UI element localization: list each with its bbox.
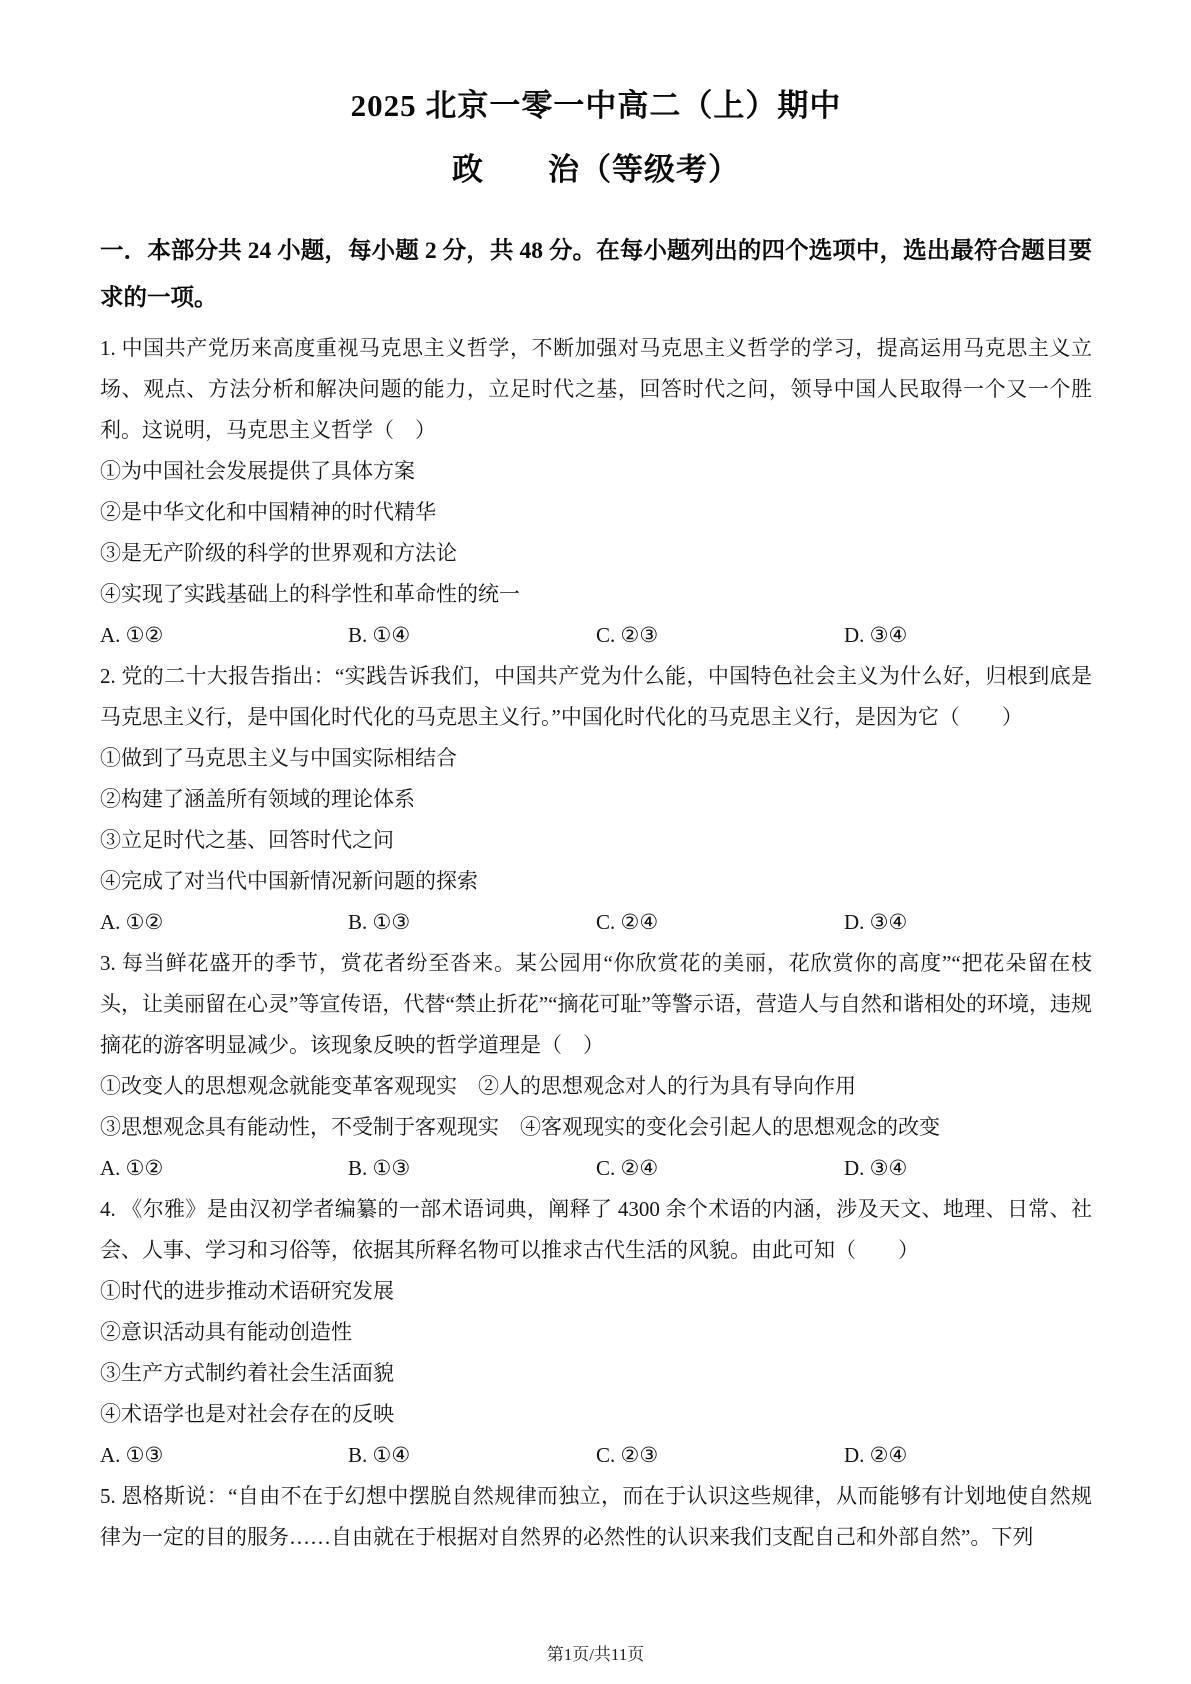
question-4-choice-d: D. ②④ <box>844 1435 1092 1476</box>
question-2-choice-d: D. ③④ <box>844 902 1092 943</box>
question-3-choice-b: B. ①③ <box>348 1148 596 1189</box>
question-1-choice-row: A. ①② B. ①④ C. ②③ D. ③④ <box>100 615 1092 656</box>
question-1-choice-a: A. ①② <box>100 615 348 656</box>
question-4-choice-row: A. ①③ B. ①④ C. ②③ D. ②④ <box>100 1435 1092 1476</box>
question-3-choice-c: C. ②④ <box>596 1148 844 1189</box>
question-2-option-4: ④完成了对当代中国新情况新问题的探索 <box>100 861 1092 902</box>
exam-subject-title: 政 治（等级考） <box>100 150 1092 190</box>
question-4-option-1: ①时代的进步推动术语研究发展 <box>100 1271 1092 1312</box>
question-3-stem: 3. 每当鲜花盛开的季节，赏花者纷至沓来。某公园用“你欣赏花的美丽，花欣赏你的高… <box>100 943 1092 1066</box>
page-title: 2025 北京一零一中高二（上）期中 <box>100 86 1092 126</box>
question-1-choice-c: C. ②③ <box>596 615 844 656</box>
question-4-stem: 4. 《尔雅》是由汉初学者编纂的一部术语词典，阐释了 4300 余个术语的内涵，… <box>100 1189 1092 1271</box>
question-2-option-1: ①做到了马克思主义与中国实际相结合 <box>100 738 1092 779</box>
exam-page: 2025 北京一零一中高二（上）期中 政 治（等级考） 一．本部分共 24 小题… <box>0 0 1191 1684</box>
question-1-option-1: ①为中国社会发展提供了具体方案 <box>100 451 1092 492</box>
question-2-option-3: ③立足时代之基、回答时代之问 <box>100 820 1092 861</box>
question-4-choice-b: B. ①④ <box>348 1435 596 1476</box>
question-2-choice-row: A. ①② B. ①③ C. ②④ D. ③④ <box>100 902 1092 943</box>
question-1-stem: 1. 中国共产党历来高度重视马克思主义哲学，不断加强对马克思主义哲学的学习，提高… <box>100 328 1092 451</box>
question-2-choice-b: B. ①③ <box>348 902 596 943</box>
question-5: 5. 恩格斯说：“自由不在于幻想中摆脱自然规律而独立，而在于认识这些规律，从而能… <box>100 1476 1092 1558</box>
question-3-choice-a: A. ①② <box>100 1148 348 1189</box>
question-4-choice-c: C. ②③ <box>596 1435 844 1476</box>
question-1: 1. 中国共产党历来高度重视马克思主义哲学，不断加强对马克思主义哲学的学习，提高… <box>100 328 1092 656</box>
question-4-option-4: ④术语学也是对社会存在的反映 <box>100 1394 1092 1435</box>
question-3-choice-row: A. ①② B. ①③ C. ②④ D. ③④ <box>100 1148 1092 1189</box>
section-instructions: 一．本部分共 24 小题，每小题 2 分，共 48 分。在每小题列出的四个选项中… <box>100 228 1092 322</box>
question-4-option-2: ②意识活动具有能动创造性 <box>100 1312 1092 1353</box>
question-3-option-line-1: ①改变人的思想观念就能变革客观现实 ②人的思想观念对人的行为具有导向作用 <box>100 1066 1092 1107</box>
question-3: 3. 每当鲜花盛开的季节，赏花者纷至沓来。某公园用“你欣赏花的美丽，花欣赏你的高… <box>100 943 1092 1189</box>
question-4-option-3: ③生产方式制约着社会生活面貌 <box>100 1353 1092 1394</box>
question-1-choice-d: D. ③④ <box>844 615 1092 656</box>
question-1-option-3: ③是无产阶级的科学的世界观和方法论 <box>100 533 1092 574</box>
question-3-choice-d: D. ③④ <box>844 1148 1092 1189</box>
question-1-option-4: ④实现了实践基础上的科学性和革命性的统一 <box>100 574 1092 615</box>
question-5-stem: 5. 恩格斯说：“自由不在于幻想中摆脱自然规律而独立，而在于认识这些规律，从而能… <box>100 1476 1092 1558</box>
question-2-choice-a: A. ①② <box>100 902 348 943</box>
question-1-option-2: ②是中华文化和中国精神的时代精华 <box>100 492 1092 533</box>
question-1-choice-b: B. ①④ <box>348 615 596 656</box>
question-2-stem: 2. 党的二十大报告指出：“实践告诉我们，中国共产党为什么能，中国特色社会主义为… <box>100 656 1092 738</box>
question-3-option-line-2: ③思想观念具有能动性，不受制于客观现实 ④客观现实的变化会引起人的思想观念的改变 <box>100 1107 1092 1148</box>
question-4: 4. 《尔雅》是由汉初学者编纂的一部术语词典，阐释了 4300 余个术语的内涵，… <box>100 1189 1092 1476</box>
page-footer: 第1页/共11页 <box>0 1644 1191 1666</box>
question-2: 2. 党的二十大报告指出：“实践告诉我们，中国共产党为什么能，中国特色社会主义为… <box>100 656 1092 943</box>
question-4-choice-a: A. ①③ <box>100 1435 348 1476</box>
question-2-choice-c: C. ②④ <box>596 902 844 943</box>
question-2-option-2: ②构建了涵盖所有领域的理论体系 <box>100 779 1092 820</box>
